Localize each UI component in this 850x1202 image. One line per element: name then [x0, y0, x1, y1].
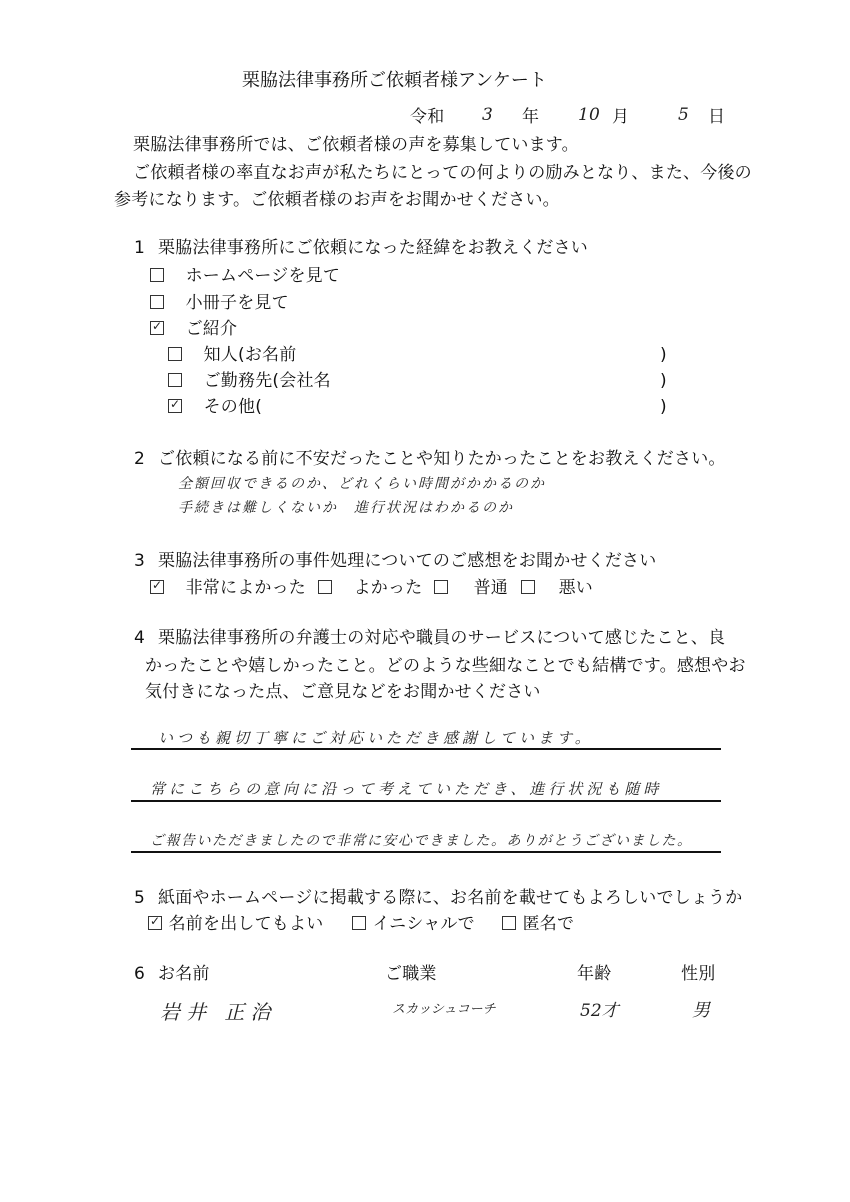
- gender-label: 性別: [681, 964, 715, 984]
- checkbox-name-ok-checked[interactable]: [148, 916, 162, 930]
- month-label: 月: [612, 107, 629, 127]
- year-label: 年: [522, 107, 539, 127]
- q4-question-line-1: 栗脇法律事務所の弁護士の対応や職員のサービスについて感じたこと、良: [158, 628, 725, 648]
- q3-option-label: 悪い: [559, 578, 593, 598]
- q6-number: 6: [134, 964, 145, 984]
- q2-answer-line-2[interactable]: 手続きは難しくないか 進行状況はわかるのか: [178, 497, 514, 517]
- checkbox-average[interactable]: [434, 580, 448, 594]
- checkbox-very-good-checked[interactable]: [150, 580, 164, 594]
- checkbox-booklet[interactable]: [150, 295, 164, 309]
- intro-line-2: ご依頼者様の率直なお声が私たちにとっての何よりの励みとなり、また、今後の: [133, 163, 752, 183]
- gender-value[interactable]: 男: [692, 996, 710, 1022]
- checkbox-employer[interactable]: [168, 373, 182, 387]
- q1-sub-employer[interactable]: ご勤務先(会社名: [168, 371, 331, 391]
- q5-option-label: イニシャルで: [373, 914, 475, 934]
- checkbox-referral-checked[interactable]: [150, 321, 164, 335]
- q1-option-label: ご紹介: [186, 319, 238, 339]
- q4-question-line-2: かったことや嬉しかったこと。どのような些細なことでも結構です。感想やお: [145, 656, 746, 676]
- answer-underline: [131, 748, 721, 750]
- occupation-label: ご職業: [385, 964, 437, 984]
- q1-option-label: ホームページを見て: [186, 266, 340, 286]
- q4-number: 4: [134, 628, 145, 648]
- q2-question: ご依頼になる前に不安だったことや知りたかったことをお教えください。: [158, 449, 726, 469]
- q1-option-referral[interactable]: ご紹介: [150, 319, 237, 339]
- date-year[interactable]: 3: [482, 105, 493, 125]
- era-label: 令和: [410, 107, 444, 127]
- checkbox-acquaintance[interactable]: [168, 347, 182, 361]
- q4-question-line-3: 気付きになった点、ご意見などをお聞かせください: [145, 682, 541, 702]
- q1-sub-acquaintance[interactable]: 知人(お名前: [168, 345, 296, 365]
- q3-option-label: よかった: [354, 578, 423, 598]
- q3-question: 栗脇法律事務所の事件処理についてのご感想をお聞かせください: [158, 551, 656, 571]
- q1-question: 栗脇法律事務所にご依頼になった経緯をお教えください: [158, 238, 588, 258]
- q1-sub-other[interactable]: その他(: [168, 397, 262, 417]
- q5-option-initials[interactable]: イニシャルで: [352, 914, 475, 934]
- q5-number: 5: [134, 888, 145, 908]
- q3-option-good[interactable]: よかった: [318, 578, 422, 598]
- close-paren: ): [660, 371, 667, 391]
- q5-option-label: 匿名で: [523, 914, 575, 934]
- q2-number: 2: [134, 449, 145, 469]
- occupation-value[interactable]: スカッシュコーチ: [392, 998, 496, 1017]
- q1-option-booklet[interactable]: 小冊子を見て: [150, 293, 289, 313]
- q3-option-label: 非常によかった: [186, 578, 306, 598]
- q4-answer-line-2[interactable]: 常にこちらの意向に沿って考えていただき、進行状況も随時: [150, 778, 662, 799]
- checkbox-homepage[interactable]: [150, 268, 164, 282]
- q1-option-homepage[interactable]: ホームページを見て: [150, 266, 340, 286]
- date-month[interactable]: 10: [578, 105, 600, 125]
- q4-answer-line-1[interactable]: いつも親切丁寧にご対応いただき感謝しています。: [158, 727, 594, 748]
- q5-option-label: 名前を出してもよい: [169, 914, 324, 934]
- q1-sub-label: 知人(お名前: [204, 345, 297, 365]
- checkbox-initials[interactable]: [352, 916, 366, 930]
- checkbox-good[interactable]: [318, 580, 332, 594]
- close-paren: ): [660, 397, 667, 417]
- date-day[interactable]: 5: [678, 105, 689, 125]
- q1-sub-label: ご勤務先(会社名: [204, 371, 331, 391]
- q3-option-very-good[interactable]: 非常によかった: [150, 578, 306, 598]
- q3-option-bad[interactable]: 悪い: [521, 578, 593, 598]
- checkbox-other-checked[interactable]: [168, 399, 182, 413]
- q3-option-label: 普通: [474, 578, 508, 598]
- q5-question: 紙面やホームページに掲載する際に、お名前を載せてもよろしいでしょうか: [158, 888, 742, 908]
- close-paren: ): [660, 345, 667, 365]
- answer-underline: [131, 851, 721, 853]
- q4-answer-line-3[interactable]: ご報告いただきましたので非常に安心できました。ありがとうございました。: [150, 830, 693, 850]
- q1-sub-label: その他(: [204, 397, 262, 417]
- name-label: お名前: [158, 964, 210, 984]
- q1-option-label: 小冊子を見て: [186, 293, 289, 313]
- age-label: 年齢: [577, 964, 611, 984]
- q5-option-anonymous[interactable]: 匿名で: [502, 914, 574, 934]
- survey-title: 栗脇法律事務所ご依頼者様アンケート: [242, 70, 547, 92]
- checkbox-anonymous[interactable]: [502, 916, 516, 930]
- checkbox-bad[interactable]: [521, 580, 535, 594]
- day-label: 日: [708, 107, 725, 127]
- q3-number: 3: [134, 551, 145, 571]
- intro-line-3: 参考になります。ご依頼者様のお声をお聞かせください。: [114, 190, 560, 210]
- intro-line-1: 栗脇法律事務所では、ご依頼者様の声を募集しています。: [133, 135, 579, 155]
- q1-number: 1: [134, 238, 145, 258]
- q5-option-name-ok[interactable]: 名前を出してもよい: [148, 914, 323, 934]
- q3-option-average[interactable]: 普通: [434, 578, 508, 598]
- answer-underline: [131, 800, 721, 802]
- name-value[interactable]: 岩井 正治: [160, 996, 276, 1025]
- q2-answer-line-1[interactable]: 全額回収できるのか、どれくらい時間がかかるのか: [178, 473, 546, 493]
- age-value[interactable]: 52才: [580, 996, 619, 1021]
